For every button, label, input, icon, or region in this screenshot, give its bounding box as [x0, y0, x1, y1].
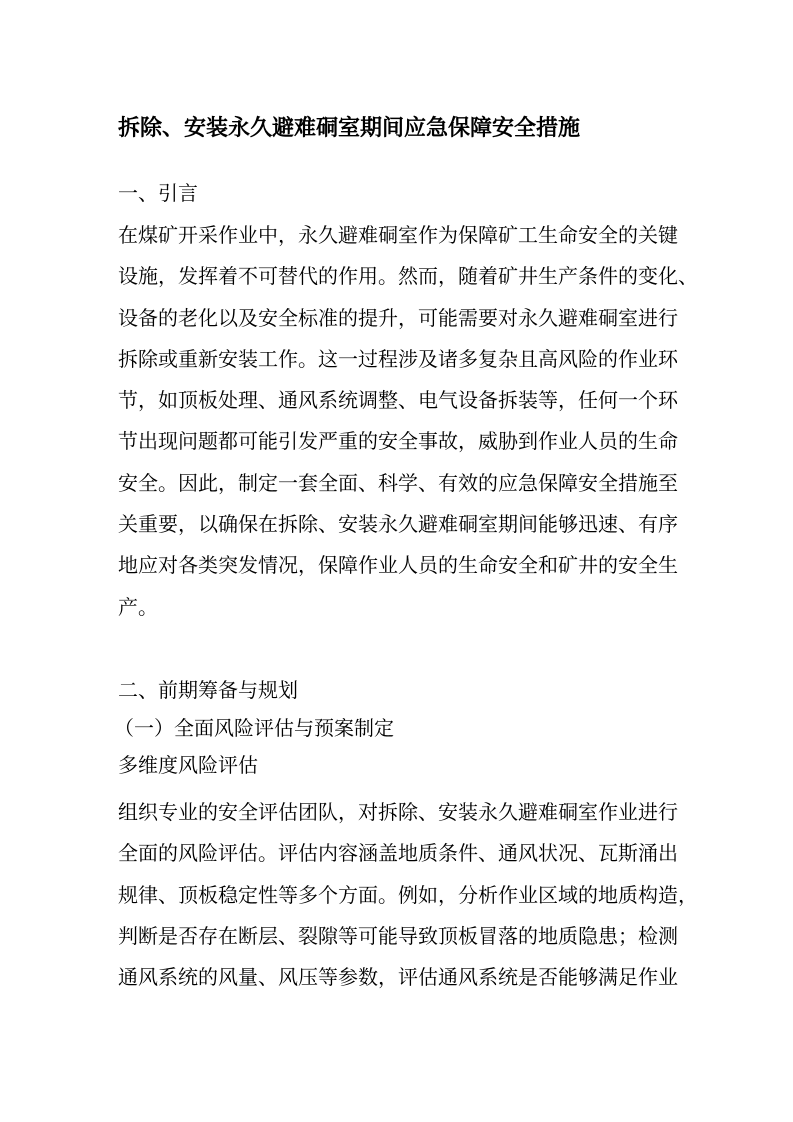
topic-heading-multidimensional-assessment: 多维度风险评估 — [118, 753, 676, 779]
subsection-heading-risk-assessment: （一）全面风险评估与预案制定 — [114, 716, 676, 742]
section-heading-intro: 一、引言 — [118, 181, 676, 207]
paragraph-line: 判断是否存在断层、裂隙等可能导致顶板冒落的地质隐患；检测 — [118, 917, 676, 958]
paragraph-line: 拆除或重新安装工作。这一过程涉及诸多复杂且高风险的作业环 — [118, 340, 676, 381]
paragraph-line: 节出现问题都可能引发严重的安全事故，威胁到作业人员的生命 — [118, 422, 676, 463]
paragraph-line: 安全。因此，制定一套全面、科学、有效的应急保障安全措施至 — [118, 464, 676, 505]
intro-paragraph: 在煤矿开采作业中，永久避难硐室作为保障矿工生命安全的关键 设施，发挥着不可替代的… — [118, 216, 676, 629]
paragraph-line: 规律、顶板稳定性等多个方面。例如，分析作业区域的地质构造， — [118, 876, 676, 917]
paragraph-line: 全面的风险评估。评估内容涵盖地质条件、通风状况、瓦斯涌出 — [118, 834, 676, 875]
document-title: 拆除、安装永久避难硐室期间应急保障安全措施 — [118, 113, 676, 143]
paragraph-line: 地应对各类突发情况，保障作业人员的生命安全和矿井的安全生 — [118, 546, 676, 587]
section-heading-preparation: 二、前期筹备与规划 — [118, 678, 676, 704]
paragraph-line: 通风系统的风量、风压等参数，评估通风系统是否能够满足作业 — [118, 958, 676, 999]
paragraph-line: 组织专业的安全评估团队，对拆除、安装永久避难硐室作业进行 — [118, 793, 676, 834]
paragraph-line: 在煤矿开采作业中，永久避难硐室作为保障矿工生命安全的关键 — [118, 216, 676, 257]
document-page: 拆除、安装永久避难硐室期间应急保障安全措施 一、引言 在煤矿开采作业中，永久避难… — [0, 0, 793, 1122]
paragraph-line: 关重要，以确保在拆除、安装永久避难硐室期间能够迅速、有序 — [118, 505, 676, 546]
paragraph-line: 设施，发挥着不可替代的作用。然而，随着矿井生产条件的变化、 — [118, 257, 676, 298]
assessment-paragraph: 组织专业的安全评估团队，对拆除、安装永久避难硐室作业进行 全面的风险评估。评估内… — [118, 793, 676, 999]
paragraph-line: 节，如顶板处理、通风系统调整、电气设备拆装等，任何一个环 — [118, 381, 676, 422]
paragraph-line: 设备的老化以及安全标准的提升，可能需要对永久避难硐室进行 — [118, 299, 676, 340]
paragraph-line: 产。 — [118, 588, 676, 629]
